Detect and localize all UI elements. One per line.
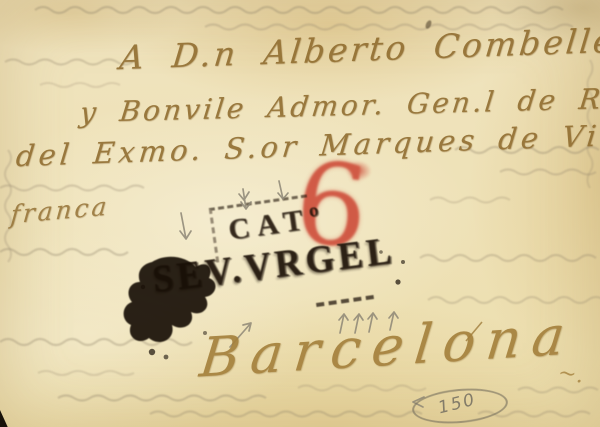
destination-flourish: ~. [556,360,585,388]
letter-scan: A D.n Alberto Combelles y Bonvile Admor.… [0,0,600,427]
